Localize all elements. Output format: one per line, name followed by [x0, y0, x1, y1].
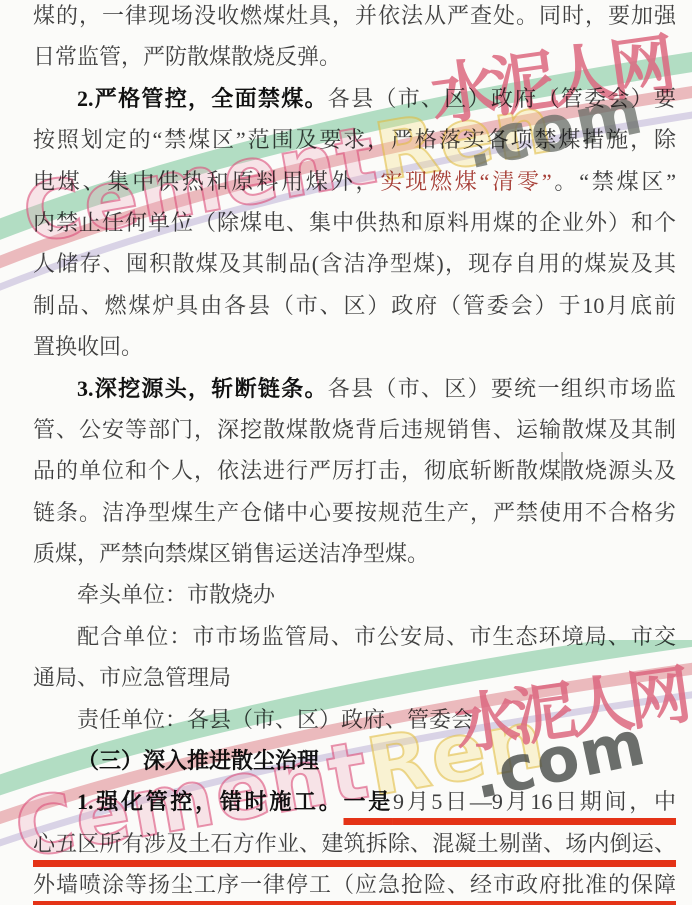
text-line: 责任单位：各县（市、区）政府、管委会 — [33, 699, 676, 740]
text-run-bold: 2.严格管控，全面禁煤。 — [77, 86, 328, 111]
text-run-normal: 煤的，一律现场没收燃煤灶具，并依法从严查处。同时，要加强 — [33, 3, 676, 28]
text-run-underline: 9月5日—9月16日期间，中 — [393, 789, 676, 814]
text-run-bold: 3.深挖源头，斩断链条。 — [77, 376, 328, 401]
text-run-normal: 各县（市、区）要统一组织市场监 — [328, 376, 676, 401]
text-run-normal: 配合单位：市市场监管局、市公安局、市生态环境局、市交 — [77, 624, 676, 649]
text-run-red: 实现燃煤“清零” — [380, 169, 551, 194]
text-run-normal: 通局、市应急管理局 — [33, 665, 231, 690]
text-line: 管、公安等部门，深挖散煤散烧背后违规销售、运输散煤及其制 — [33, 409, 676, 450]
text-line: 制品、燃煤炉具由各县（市、区）政府（管委会）于10月底前 — [33, 285, 676, 326]
text-run-normal: 按照划定的“禁煤区”范围及要求，严格落实各项禁煤措施，除 — [33, 127, 676, 152]
text-line: 1.强化管控，错时施工。一是9月5日—9月16日期间，中 — [33, 781, 676, 822]
text-line: 内禁止任何单位（除煤电、集中供热和原料用煤的企业外）和个 — [33, 202, 676, 243]
text-run-normal: 链条。洁净型煤生产仓储中心要按规范生产，严禁使用不合格劣 — [33, 500, 676, 525]
text-line: 人储存、囤积散煤及其制品(含洁净型煤)，现存自用的煤炭及其 — [33, 243, 676, 284]
text-run-normal: 制品、燃煤炉具由各县（市、区）政府（管委会）于10月底前 — [33, 293, 676, 318]
text-run-normal: 电煤、集中供热和原料用煤外， — [33, 169, 380, 194]
text-line: 心五区所有涉及土石方作业、建筑拆除、混凝土剔凿、场内倒运、 — [33, 823, 676, 864]
text-line: 通局、市应急管理局 — [33, 657, 676, 698]
text-run-underline: 心五区所有涉及土石方作业、建筑拆除、混凝土剔凿、场内倒运、 — [33, 831, 676, 856]
text-run-normal: 管、公安等部门，深挖散煤散烧背后违规销售、运输散煤及其制 — [33, 417, 676, 442]
text-run-normal: 内禁止任何单位（除煤电、集中供热和原料用煤的企业外）和个 — [33, 210, 676, 235]
text-run-normal: 。“禁煤区” — [552, 169, 676, 194]
text-line: 置换收回。 — [33, 326, 676, 367]
text-line: 煤的，一律现场没收燃煤灶具，并依法从严查处。同时，要加强 — [33, 0, 676, 36]
text-run-bold-underline: 一是 — [344, 789, 393, 814]
text-line: 链条。洁净型煤生产仓储中心要按规范生产，严禁使用不合格劣 — [33, 492, 676, 533]
text-run-normal: 牵头单位：市散烧办 — [77, 582, 275, 607]
text-line: 3.深挖源头，斩断链条。各县（市、区）要统一组织市场监 — [33, 368, 676, 409]
text-line: 质煤，严禁向禁煤区销售运送洁净型煤。 — [33, 533, 676, 574]
text-run-normal: 日常监管，严防散煤散烧反弹。 — [33, 44, 341, 69]
text-run-normal: 置换收回。 — [33, 334, 143, 359]
text-run-normal: 品的单位和个人，依法进行严厉打击，彻底斩断散煤散烧源头及 — [33, 458, 676, 483]
text-run-normal: 各县（市、区）政府（管委会）要 — [328, 86, 676, 111]
text-run-underline: 外墙喷涂等扬尘工序一律停工（应急抢险、经市政府批准的保障 — [33, 872, 676, 897]
scanned-document-screenshot: { "page": { "kind": "scanned government … — [0, 0, 692, 905]
text-line: 电煤、集中供热和原料用煤外，实现燃煤“清零”。“禁煤区” — [33, 161, 676, 202]
text-line: 品的单位和个人，依法进行严厉打击，彻底斩断散煤散烧源头及 — [33, 450, 676, 491]
text-run-bold: （三）深入推进散尘治理 — [77, 748, 319, 773]
page: CementRen 水泥人网 .com CementRen 水泥人网 .com … — [0, 0, 692, 905]
text-line: 牵头单位：市散烧办 — [33, 574, 676, 615]
text-run-normal: 质煤，严禁向禁煤区销售运送洁净型煤。 — [33, 541, 429, 566]
text-line: 按照划定的“禁煤区”范围及要求，严格落实各项禁煤措施，除 — [33, 119, 676, 160]
text-line: 2.严格管控，全面禁煤。各县（市、区）政府（管委会）要 — [33, 78, 676, 119]
text-line: （三）深入推进散尘治理 — [33, 740, 676, 781]
text-run-normal: 责任单位：各县（市、区）政府、管委会 — [77, 707, 473, 732]
text-line: 日常监管，严防散煤散烧反弹。 — [33, 36, 676, 77]
scan-artifact-line — [561, 452, 563, 481]
text-line: 外墙喷涂等扬尘工序一律停工（应急抢险、经市政府批准的保障 — [33, 864, 676, 905]
text-line: 配合单位：市市场监管局、市公安局、市生态环境局、市交 — [33, 616, 676, 657]
text-run-bold: 1.强化管控，错时施工。 — [77, 789, 344, 814]
text-run-normal: 人储存、囤积散煤及其制品(含洁净型煤)，现存自用的煤炭及其 — [33, 251, 676, 276]
document-text: 煤的，一律现场没收燃煤灶具，并依法从严查处。同时，要加强日常监管，严防散煤散烧反… — [33, 0, 676, 905]
